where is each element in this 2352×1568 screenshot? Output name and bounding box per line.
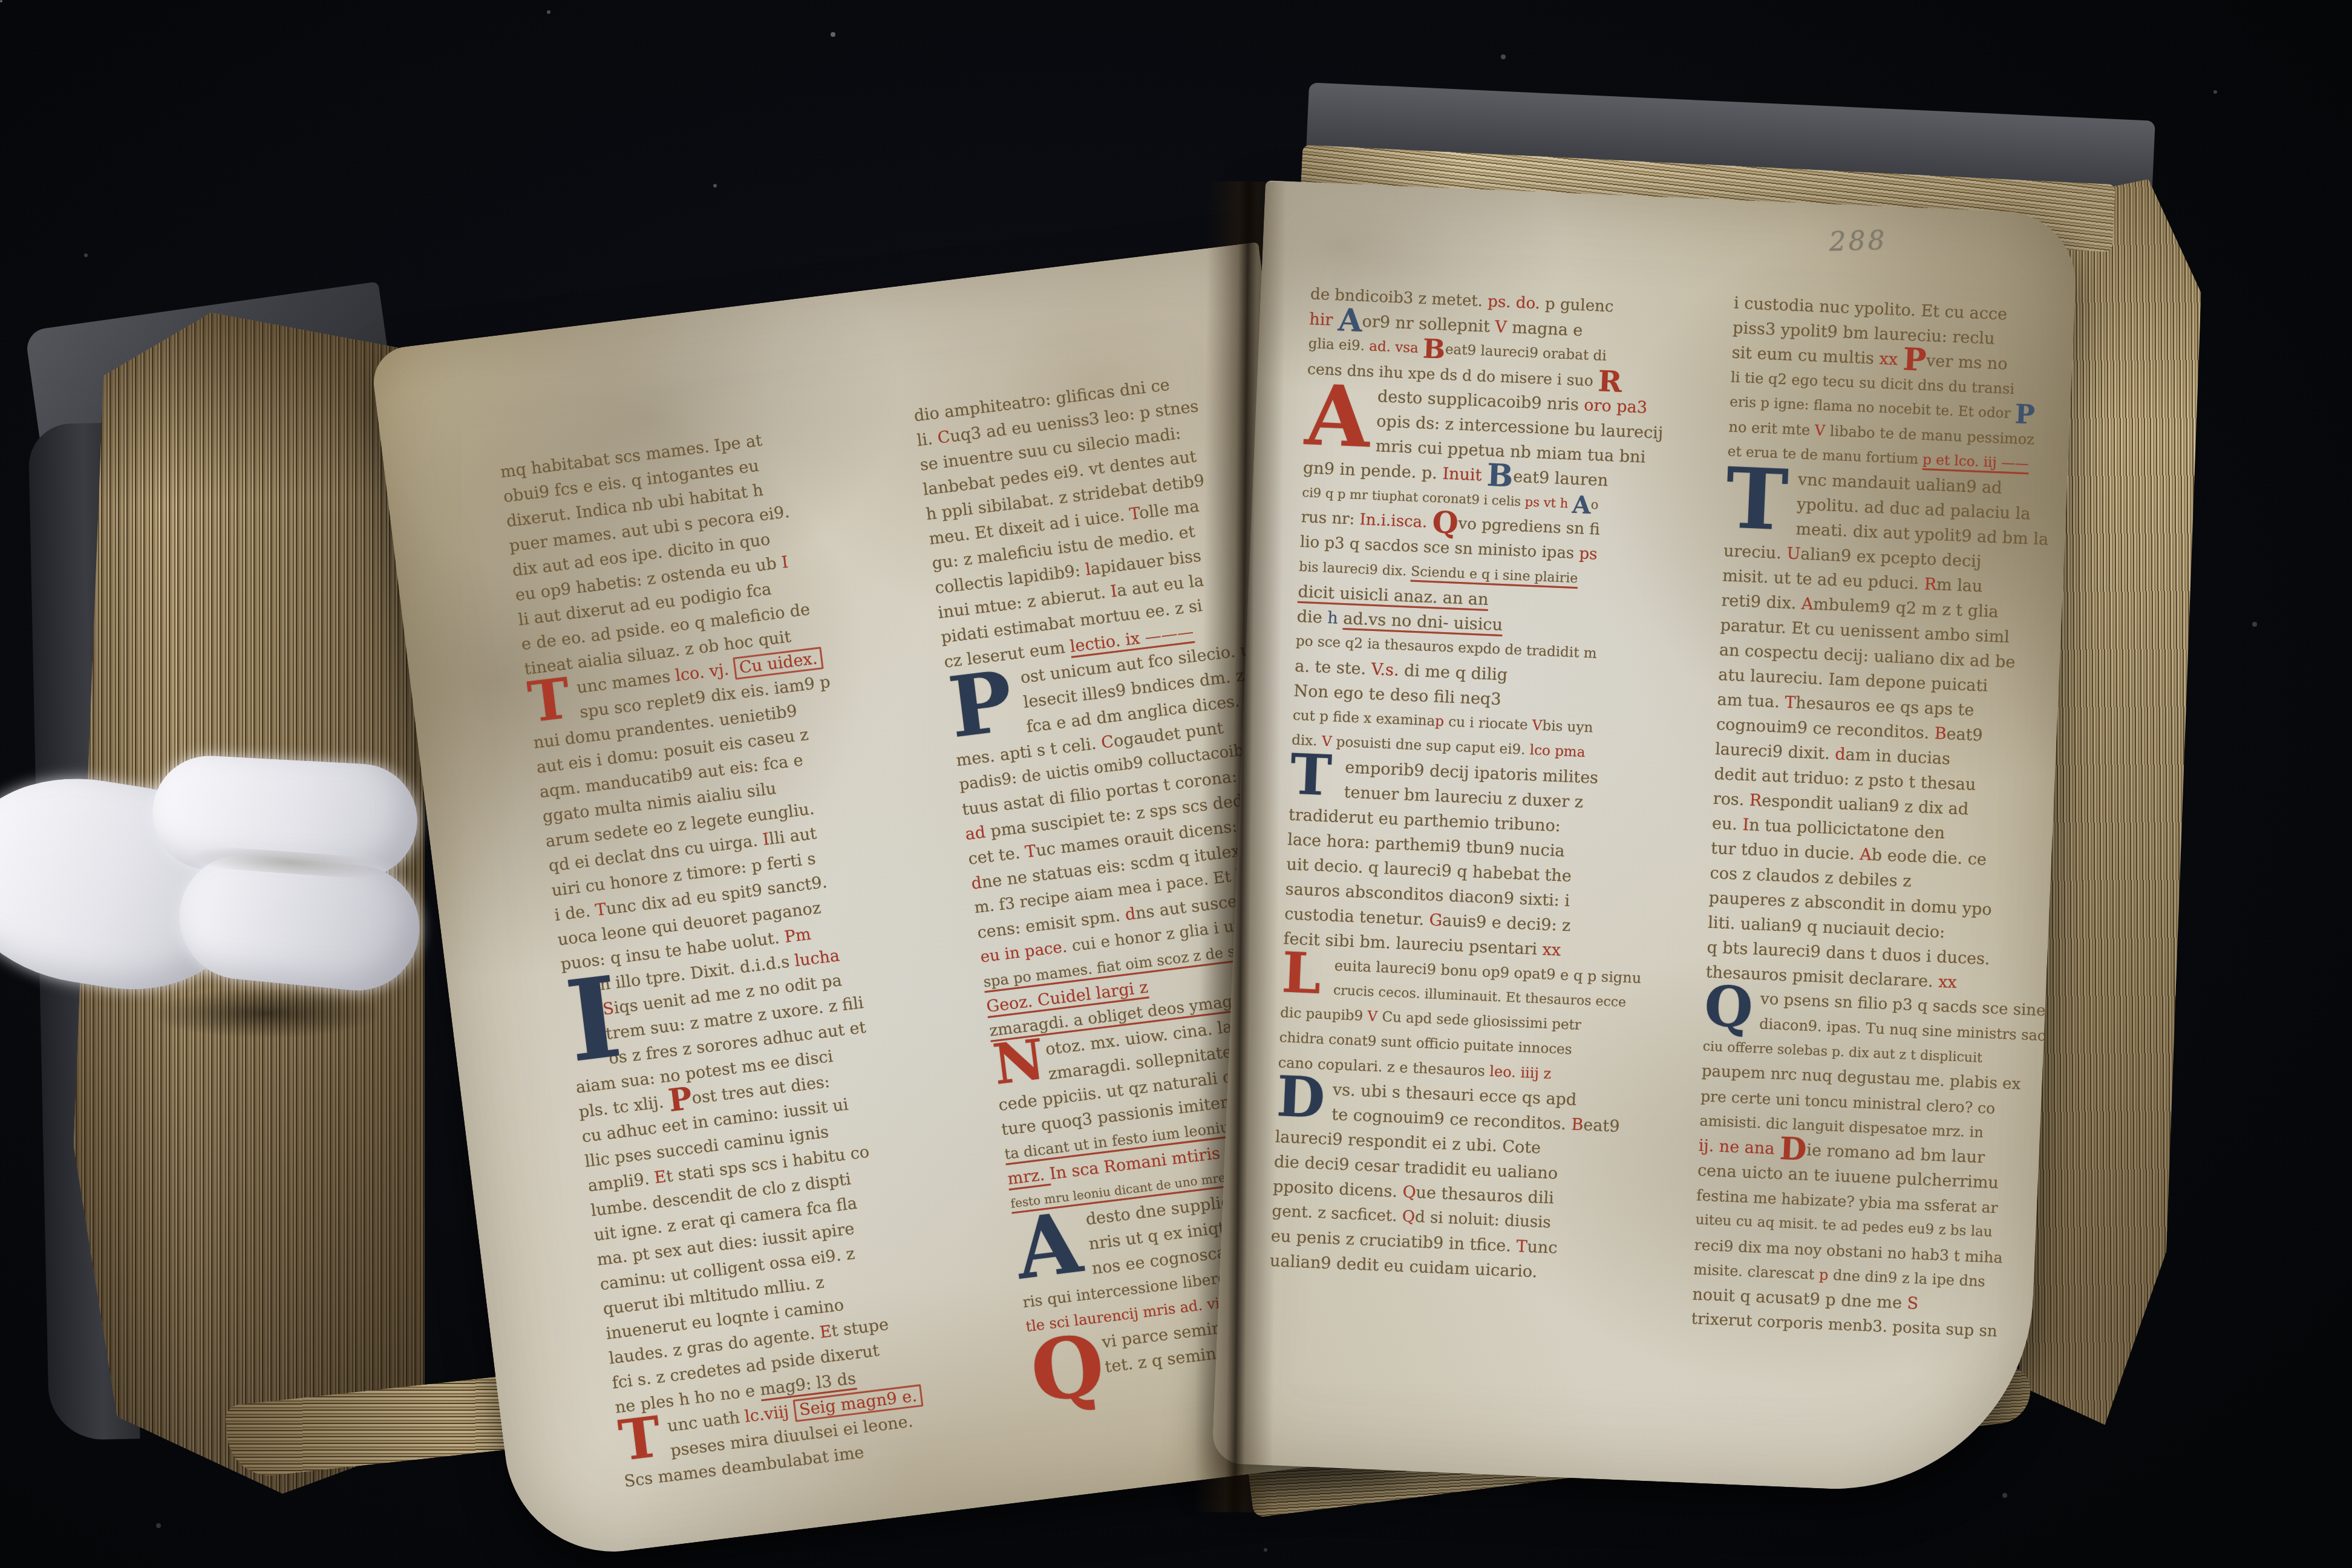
text-run: d: [1835, 745, 1846, 764]
text-run: A: [1801, 595, 1814, 614]
text-run: V.s.: [1371, 660, 1405, 680]
text-run: In.i.isca.: [1359, 511, 1432, 532]
text-run: ci9 q p mr tiuphat coronat9 i celis: [1302, 485, 1525, 509]
text-run: bis laureci9 dix.: [1299, 560, 1411, 580]
text-run: V: [1367, 1008, 1382, 1025]
text-run: ie romano ad bm laur: [1806, 1141, 1985, 1167]
illuminated-initial: A: [1012, 1205, 1085, 1287]
text-run: vo pgrediens sn fi: [1458, 515, 1600, 539]
text-run: dne din9 z la ipe dns: [1832, 1267, 1985, 1290]
right-page: 288 de bndicoib3 z metet. ps. do. p gule…: [1212, 180, 2079, 1497]
text-run: die: [1296, 607, 1328, 627]
text-run: or9 nr sollepnit: [1362, 312, 1495, 336]
text-run: olle ma: [1138, 497, 1200, 523]
text-run: xx: [1542, 940, 1561, 959]
text-run: unc: [1527, 1238, 1558, 1258]
text-run: p et lco. iij ——: [1922, 452, 2030, 472]
text-run: P: [2014, 399, 2036, 430]
text-run: ad. vsa: [1369, 338, 1423, 356]
text-run: ver ms no: [1926, 351, 2008, 374]
text-run: lco pma: [1529, 742, 1586, 760]
text-run: reti9 dix.: [1721, 591, 1802, 613]
text-run: S: [1907, 1294, 1919, 1313]
text-run: hesauros ee qs aps te: [1795, 693, 1975, 719]
text-run: U: [1786, 544, 1801, 564]
folio-number: 288: [1829, 225, 1887, 258]
illuminated-initial: T: [616, 1411, 664, 1466]
text-run: m lau: [1936, 575, 1983, 596]
text-run: libabo te de manu pessimoz: [1829, 422, 2034, 448]
text-run: Pm: [783, 925, 812, 947]
text-run: eat9: [1946, 725, 1983, 745]
text-run: R: [1924, 575, 1937, 594]
text-run: p gulenc: [1545, 295, 1614, 316]
text-run: I: [780, 553, 789, 572]
text-run: sit eum cu multis: [1731, 344, 1880, 368]
text-run: p: [1818, 1266, 1833, 1284]
text-run: misite. clarescat: [1693, 1261, 1820, 1283]
text-run: d si noluit: diusis: [1415, 1208, 1552, 1232]
text-run: li.: [916, 429, 939, 450]
text-run: cut p fide x examina: [1292, 708, 1435, 730]
illuminated-initial: Q: [1027, 1327, 1108, 1410]
text-run: ij. ne ana: [1698, 1136, 1780, 1158]
text-run: lli aut: [768, 824, 818, 848]
text-run: ps. do.: [1488, 293, 1546, 313]
illuminated-initial: Q: [1704, 981, 1754, 1033]
text-run: am in ducias: [1845, 745, 1950, 768]
text-run: T: [1785, 693, 1796, 713]
text-run: i de.: [554, 901, 596, 925]
text-run: xx: [1938, 973, 1958, 992]
text-run: Q: [1402, 1183, 1416, 1202]
dust-specks: [0, 0, 2, 2]
text-run: bis uyn: [1542, 718, 1593, 736]
text-run: leo. iiij z: [1489, 1063, 1552, 1082]
text-run: mrz.: [1007, 1165, 1051, 1189]
text-run: Q: [1402, 1207, 1416, 1226]
text-run: V: [1495, 318, 1512, 337]
text-run: cu i riocate: [1448, 714, 1533, 733]
text-run: Inuit: [1442, 465, 1488, 485]
photo-canvas: mq habitabat scs mames. Ipe atobui9 fcs …: [0, 0, 2352, 1568]
illuminated-initial: D: [1276, 1071, 1326, 1123]
illuminated-initial: L: [1281, 947, 1322, 999]
text-run: di me q dilig: [1404, 661, 1508, 684]
gutter-shadow: [1194, 181, 1286, 1512]
text-run: tur tduo in ducie.: [1711, 839, 1860, 864]
text-run: V: [1814, 422, 1830, 439]
text-run: ad: [964, 823, 987, 844]
text-run: posuisti dne sup caput ei9.: [1336, 734, 1530, 758]
text-run: h: [1327, 609, 1344, 628]
text-run: glia ei9.: [1308, 336, 1370, 354]
text-run: hir: [1309, 310, 1339, 330]
text-run: am tua.: [1717, 690, 1785, 712]
illuminated-initial: N: [991, 1034, 1047, 1090]
illuminated-initial: A: [1304, 377, 1371, 454]
text-run: lucha: [794, 946, 841, 970]
text-run: t stupe: [831, 1315, 890, 1341]
text-run: pposito dicens.: [1273, 1177, 1403, 1201]
text-run: eat9 lauren: [1513, 468, 1609, 491]
text-run: rus nr:: [1301, 508, 1360, 529]
text-run: ps vt h: [1524, 494, 1572, 511]
text-run: A: [1572, 491, 1592, 520]
text-run: oro pa3: [1584, 396, 1648, 417]
text-run: B: [1422, 333, 1446, 365]
text-run: dic paupib9: [1280, 1005, 1368, 1024]
text-run: lco. vj.: [675, 659, 736, 685]
illuminated-initial: T: [526, 673, 573, 728]
text-run: R: [1749, 791, 1762, 810]
text-run: G: [1429, 910, 1443, 930]
text-run: ros.: [1713, 789, 1749, 809]
text-run: lc.viij: [743, 1402, 795, 1426]
text-run: gent. z sacficet.: [1272, 1202, 1402, 1226]
text-run: V: [1532, 717, 1543, 734]
text-run: Sciendu e q i sine plairie: [1411, 564, 1578, 587]
text-run: Cu apd sede gliosissimi petr: [1382, 1009, 1582, 1033]
text-run: de bndicoib3 z metet.: [1310, 285, 1488, 310]
text-run: xx: [1879, 350, 1903, 370]
text-run: T: [1516, 1237, 1527, 1256]
text-run: ———: [1138, 622, 1195, 648]
text-run: custodia tenetur.: [1284, 904, 1430, 929]
text-run: auis9 e deci9: z: [1442, 911, 1572, 935]
text-run: eat9: [1583, 1116, 1620, 1135]
illuminated-initial: T: [1724, 460, 1789, 537]
text-run: B: [1934, 724, 1947, 743]
text-run: eat9 laureci9 orabat di: [1445, 342, 1607, 364]
text-run: o: [1590, 497, 1599, 512]
text-run: ad.vs no dni- uisicu: [1343, 609, 1503, 635]
illuminated-initial: P: [946, 664, 1017, 745]
text-run: laureci9 dixit.: [1715, 740, 1835, 763]
glove-shadow: [109, 980, 423, 1047]
text-run: magna e: [1512, 318, 1583, 340]
text-run: b eode die. ce: [1871, 846, 1987, 869]
text-run: eu.: [1711, 814, 1743, 834]
text-run: p: [1435, 714, 1449, 730]
illuminated-initial: T: [1289, 750, 1333, 801]
text-run: A: [1860, 845, 1872, 864]
text-column-3: de bndicoib3 z metet. ps. do. p gulenchi…: [1269, 282, 1714, 1290]
text-run: cet te.: [967, 843, 1027, 869]
text-run: ue thesauros dili: [1416, 1183, 1554, 1208]
text-column-4: i custodia nuc ypolito. Et cu accepiss3 …: [1691, 291, 2073, 1346]
text-run: a. te ste.: [1295, 657, 1372, 679]
text-run: no erit mte: [1728, 418, 1815, 439]
text-run: ps: [1579, 544, 1598, 563]
text-run: B: [1571, 1116, 1584, 1135]
